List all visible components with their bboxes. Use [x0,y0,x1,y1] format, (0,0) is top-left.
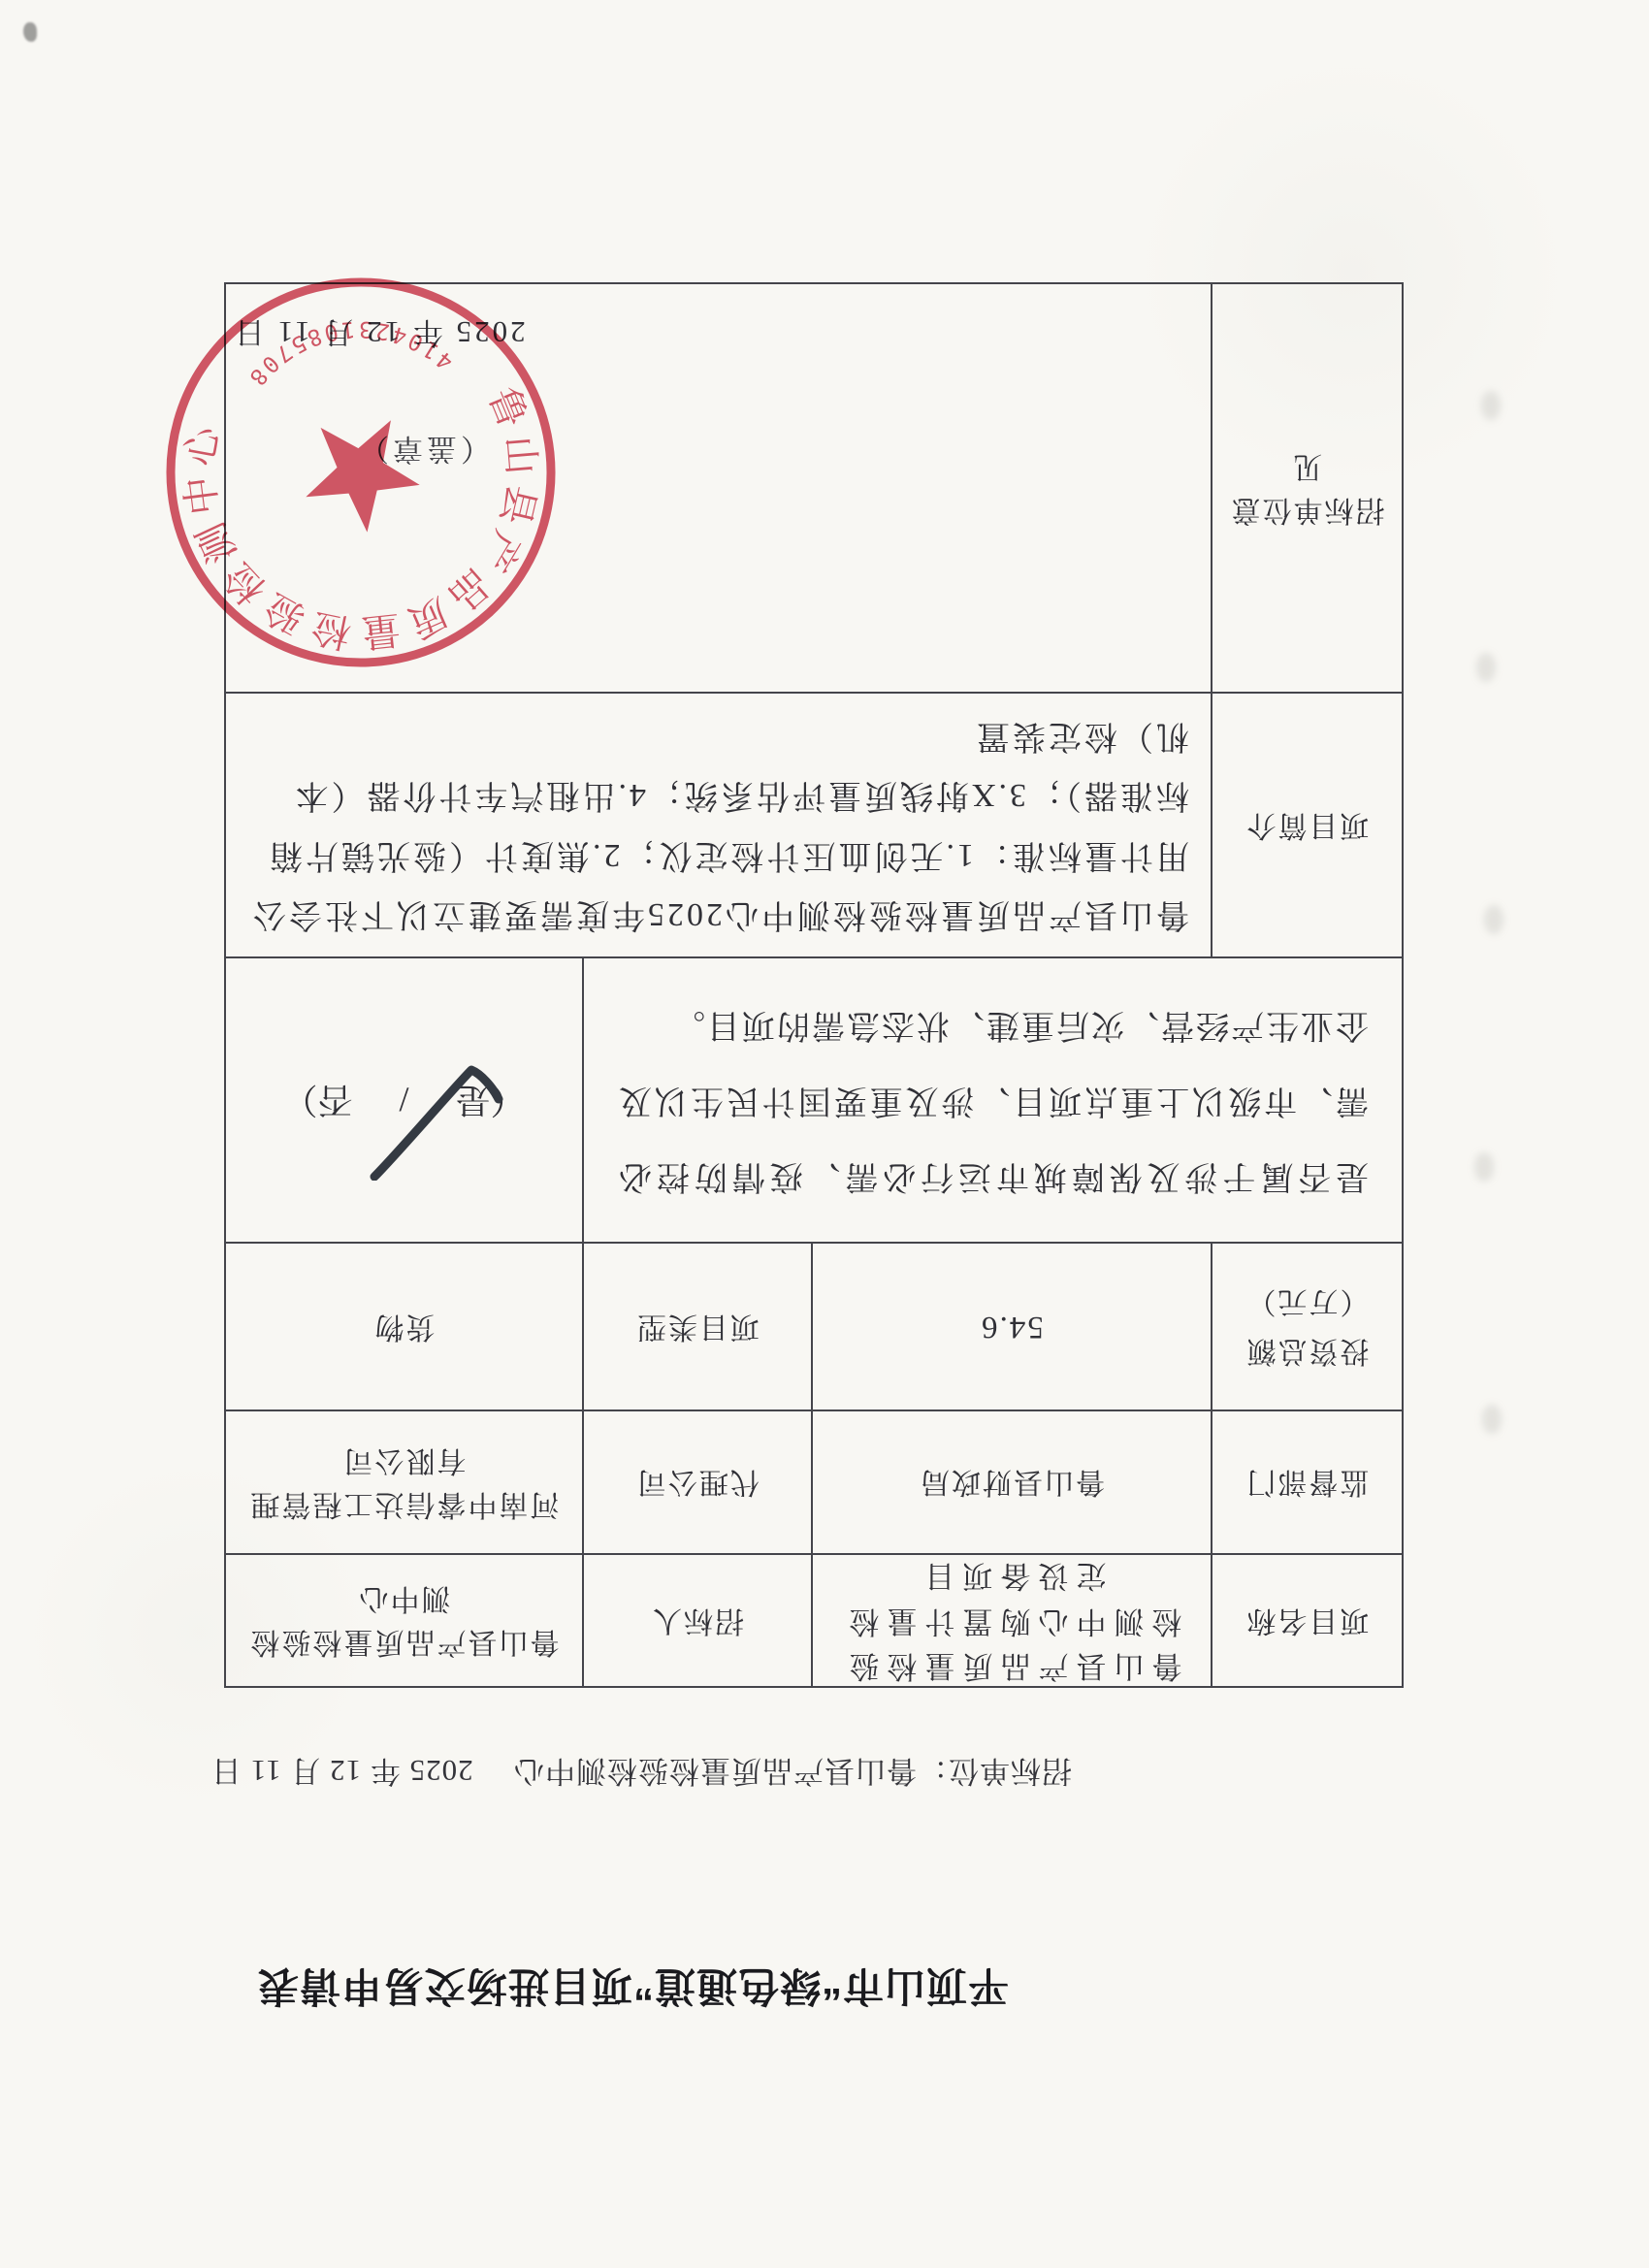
answer-no: 否 [317,1074,352,1126]
investment-label-line2: （万元） [1245,1280,1370,1324]
investment-value: 54.6 [811,1242,1211,1409]
agency-label: 代理公司 [582,1409,811,1553]
opinion-label: 招标单位意见 [1211,284,1402,692]
tenderer-label: 招标人 [582,1553,811,1686]
paren-open: （ [491,1074,526,1126]
project-intro-label: 项目简介 [1211,692,1402,956]
scan-smudge [1482,1405,1502,1434]
agency-value: 河南中睿信达工程管理有限公司 [226,1409,582,1553]
seal-star-icon [299,418,424,538]
project-type-label: 项目类型 [582,1242,811,1409]
page-title: 平顶山市“绿色通道”项目进场交易申请表 [223,1960,1009,2018]
answer-yes: 是 [456,1081,491,1119]
supervision-dept-label: 监督部门 [1211,1409,1402,1553]
scan-smudge [1474,1152,1494,1182]
rotated-scan-sheet: 平顶山市“绿色通道”项目进场交易申请表 招标单位：鲁山县产品质量检验检测中心 2… [0,0,1649,2268]
supervision-dept-value: 鲁山县财政局 [811,1409,1211,1553]
seal-code-text: 4104231085708 [236,306,460,396]
answer-yes-wrap: 是 [456,1074,491,1126]
project-intro-text: 鲁山县产品质量检验检测中心2025年度需要建立以下社会公用计量标准：1.无创血压… [226,692,1211,956]
project-name-value: 鲁山县产品质量检验检测中心购置计量检定设备项目 [811,1553,1211,1686]
answer-slash: / [400,1074,409,1126]
application-table: 项目名称 鲁山县产品质量检验检测中心购置计量检定设备项目 招标人 鲁山县产品质量… [224,282,1404,1688]
project-type-value: 货物 [226,1242,582,1409]
project-name-label: 项目名称 [1211,1553,1402,1686]
paren-close: ） [282,1074,317,1126]
tender-unit-name: 鲁山县产品质量检验检测中心 [513,1754,917,1788]
scan-corner-speck [23,22,37,42]
opinion-cell: （盖章） 2025 年 12 月 11 日 鲁山县产品质量检验检测中心 4104… [226,284,1211,692]
investment-label: 投资总额 （万元） [1211,1242,1402,1409]
investment-label-line1: 投资总额 [1245,1330,1370,1374]
tender-unit-line: 招标单位：鲁山县产品质量检验检测中心 [513,1752,1072,1796]
scan-smudge [1476,653,1496,682]
scan-smudge [1481,391,1501,420]
tenderer-value: 鲁山县产品质量检验检测中心 [226,1553,582,1686]
scan-smudge [1484,905,1503,934]
header-line: 招标单位：鲁山县产品质量检验检测中心 2025 年 12 月 11 日 [210,1752,1072,1796]
tender-unit-label: 招标单位： [917,1754,1072,1788]
green-channel-question: 是否属于涉及保障城市运行必需、疫情防控必需、市级以上重点项目、涉及重要国计民生以… [582,956,1402,1242]
header-date: 2025 年 12 月 11 日 [210,1752,473,1796]
official-seal: 鲁山县产品质量检验检测中心 4104231085708 [126,238,596,707]
scanned-page: { "document": { "title": "平顶山市“绿色通道”项目进场… [0,0,1649,2268]
yes-no-cell: （是/否） [226,956,582,1242]
